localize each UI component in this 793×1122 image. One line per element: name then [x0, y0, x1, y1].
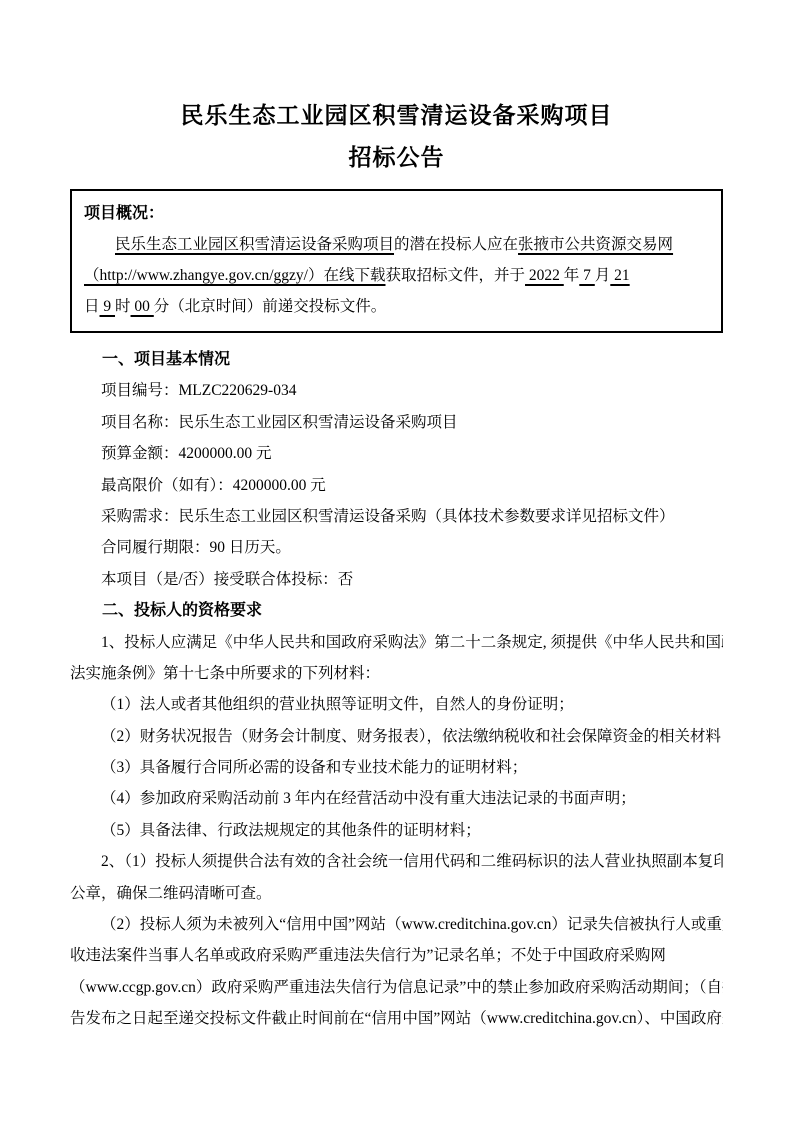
- overview-line-3: 日 9 时 00 分（北京时间）前递交投标文件。: [84, 291, 709, 322]
- overview-text: 的潜在投标人应在: [394, 236, 518, 253]
- qualification-2-2-line-2: 收违法案件当事人名单或政府采购严重违法失信行为”记录名单；不处于中国政府采购网: [70, 940, 723, 971]
- qualification-2-2-line-3: （www.ccgp.gov.cn）政府采购严重违法失信行为信息记录”中的禁止参加…: [70, 972, 723, 1003]
- trading-platform-name-underlined: 张掖市公共资源交易网: [518, 236, 673, 253]
- overview-text: 时: [115, 298, 131, 315]
- project-name-underlined: 民乐生态工业园区积雪清运设备采购项目: [115, 236, 394, 253]
- deadline-day-underlined: 21: [610, 267, 629, 284]
- deadline-year-underlined: 2022: [525, 267, 564, 284]
- overview-line-2: （http://www.zhangye.gov.cn/ggzy/）在线下载获取招…: [84, 260, 709, 291]
- overview-text: 获取招标文件，并于: [386, 267, 526, 284]
- section2-heading: 二、投标人的资格要求: [70, 595, 723, 626]
- project-number-line: 项目编号：MLZC220629-034: [70, 375, 723, 406]
- qualification-item-2: （2）财务状况报告（财务会计制度、财务报表），依法缴纳税收和社会保障资金的相关材…: [70, 721, 723, 752]
- qualification-1-line-2: 法实施条例》第十七条中所要求的下列材料：: [70, 658, 723, 689]
- section1-heading: 一、项目基本情况: [70, 344, 723, 375]
- deadline-minute-underlined: 00: [131, 298, 154, 315]
- consortium-bid-line: 本项目（是/否）接受联合体投标：否: [70, 564, 723, 595]
- overview-text: 年: [564, 267, 580, 284]
- project-name-line: 项目名称：民乐生态工业园区积雪清运设备采购项目: [70, 407, 723, 438]
- qualification-item-5: （5）具备法律、行政法规规定的其他条件的证明材料；: [70, 815, 723, 846]
- max-price-line: 最高限价（如有）：4200000.00 元: [70, 470, 723, 501]
- document-subtitle: 招标公告: [70, 145, 723, 170]
- overview-line-1: 民乐生态工业园区积雪清运设备采购项目的潜在投标人应在张掖市公共资源交易网: [84, 229, 709, 260]
- platform-url-underlined: （http://www.zhangye.gov.cn/ggzy/）在线下载: [84, 267, 386, 284]
- contract-period-line: 合同履行期限：90 日历天。: [70, 532, 723, 563]
- deadline-month-underlined: 7: [579, 267, 595, 284]
- procurement-requirement-line: 采购需求：民乐生态工业园区积雪清运设备采购（具体技术参数要求详见招标文件）: [70, 501, 723, 532]
- overview-text: 分（北京时间）前递交投标文件。: [154, 298, 387, 315]
- qualification-item-3: （3）具备履行合同所必需的设备和专业技术能力的证明材料；: [70, 752, 723, 783]
- qualification-1-line-1: 1、投标人应满足《中华人民共和国政府采购法》第二十二条规定, 须提供《中华人民共…: [70, 627, 723, 658]
- qualification-2-2-line-4: 告发布之日起至递交投标文件截止时间前在“信用中国”网站（www.creditch…: [70, 1003, 723, 1034]
- budget-amount-line: 预算金额：4200000.00 元: [70, 438, 723, 469]
- overview-heading: 项目概况：: [84, 199, 709, 229]
- deadline-hour-underlined: 9: [100, 298, 116, 315]
- overview-text: 日: [84, 298, 100, 315]
- document-body: 一、项目基本情况 项目编号：MLZC220629-034 项目名称：民乐生态工业…: [70, 344, 723, 1035]
- qualification-item-1: （1）法人或者其他组织的营业执照等证明文件，自然人的身份证明；: [70, 689, 723, 720]
- qualification-2-1-line-2: 公章，确保二维码清晰可查。: [70, 878, 723, 909]
- qualification-2-1-line-1: 2、（1）投标人须提供合法有效的含社会统一信用代码和二维码标识的法人营业执照副本…: [70, 846, 723, 877]
- project-overview-box: 项目概况： 民乐生态工业园区积雪清运设备采购项目的潜在投标人应在张掖市公共资源交…: [70, 189, 723, 333]
- overview-text: 月: [595, 267, 611, 284]
- document-title: 民乐生态工业园区积雪清运设备采购项目: [70, 103, 723, 128]
- qualification-item-4: （4）参加政府采购活动前 3 年内在经营活动中没有重大违法记录的书面声明；: [70, 783, 723, 814]
- qualification-2-2-line-1: （2）投标人须为未被列入“信用中国”网站（www.creditchina.gov…: [70, 909, 723, 940]
- tender-announcement-page: 民乐生态工业园区积雪清运设备采购项目 招标公告 项目概况： 民乐生态工业园区积雪…: [0, 0, 793, 1122]
